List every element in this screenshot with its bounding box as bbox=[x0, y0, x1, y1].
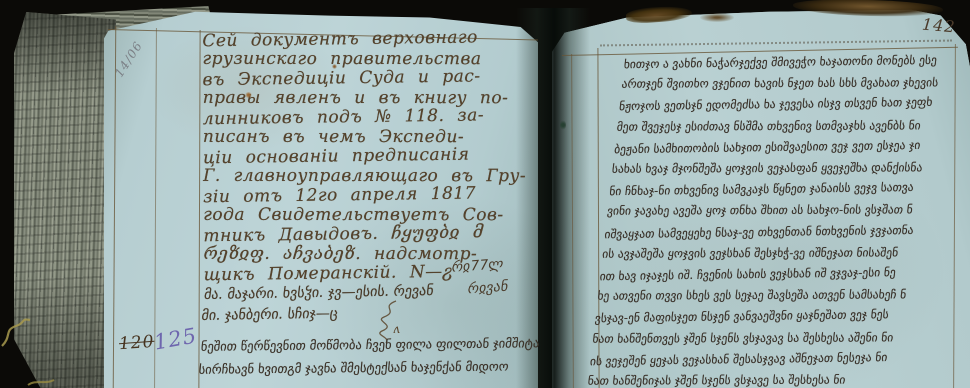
gutter-shadow bbox=[516, 8, 590, 388]
ledger-photograph: Сей документъ верховнагогрузинскаго прав… bbox=[0, 0, 970, 388]
ink-spot bbox=[560, 120, 566, 130]
binding-thread bbox=[0, 316, 44, 350]
georgian-deed-text: ხითჯო ა ვახნი ნაჭარჯექვე შმივეჭო ხაჯათონ… bbox=[586, 51, 941, 388]
manuscript-line: ნჟოჯოს ვეთსჯნ ედომეძსა ხა ჯევესა ისჯვ თს… bbox=[618, 92, 937, 118]
manuscript-line: Г. главноуправляющаго въ Гру- bbox=[203, 166, 526, 186]
rust-spot bbox=[332, 64, 337, 69]
russian-certification-text: Сей документъ верховнагогрузинскаго прав… bbox=[202, 29, 526, 284]
manuscript-line: ვსჯავ-ენ მაფისჯეთ ნსჯენ ვანვაეშვნი ყაჯნე… bbox=[594, 304, 913, 330]
marginal-fragment: რჲვან bbox=[467, 279, 510, 298]
manuscript-line: ნეშით წერწევნით მოწმობა ჩვენ ფილა ფილთან… bbox=[200, 332, 541, 358]
folio-number: 142 bbox=[921, 15, 956, 37]
manuscript-line: სირჩხავნ ხვითგმ ჯავნა შმესტექსან ხაჯენქა… bbox=[198, 355, 539, 381]
manuscript-line: ის ავჯაშეშა ყოჯვის ვეჯსხან შესჯხჭ-ვე იშნ… bbox=[601, 242, 920, 265]
manuscript-line: ის ვეჯეშენ ყეჯას ვეჯასხან შესასჯვავ აშნე… bbox=[589, 347, 908, 373]
manuscript-line: ნათ ხანშენიჯას ჯშენ სჯენს ვსჯავე სა შესხ… bbox=[587, 369, 906, 388]
manuscript-line: იშვაყჯათ სამვეყეხე ნსაჯ-ვე თხვენთან ნთხვ… bbox=[603, 219, 922, 245]
rust-spot bbox=[245, 92, 252, 98]
paper-debris bbox=[700, 13, 734, 22]
entry-number-old: 120 bbox=[118, 332, 155, 354]
binding-thread bbox=[26, 376, 56, 388]
manuscript-line: ვინი ჯავახე ავეშა ყოჯ თნხა შხით ას სახჯო… bbox=[606, 200, 925, 223]
manuscript-line: ბეჟანი სამხითობის სახჯით ესიშვაესით ვეჯ … bbox=[613, 135, 932, 161]
manuscript-line: писанъ въ чемъ Экспеди- bbox=[203, 127, 526, 147]
manuscript-line: ნათ ხანშენთვეს ჯშენ სჯენს ვსჯავავ სა შეს… bbox=[591, 327, 910, 350]
manuscript-line: მეთ შვეჯესჯ ესიძთავ ნსშმა თხვენივ სთმვაჯ… bbox=[616, 115, 935, 138]
bottom-entry-text: ნეშით წერწევნით მოწმობა ჩვენ ფილა ფილთან… bbox=[198, 332, 541, 381]
